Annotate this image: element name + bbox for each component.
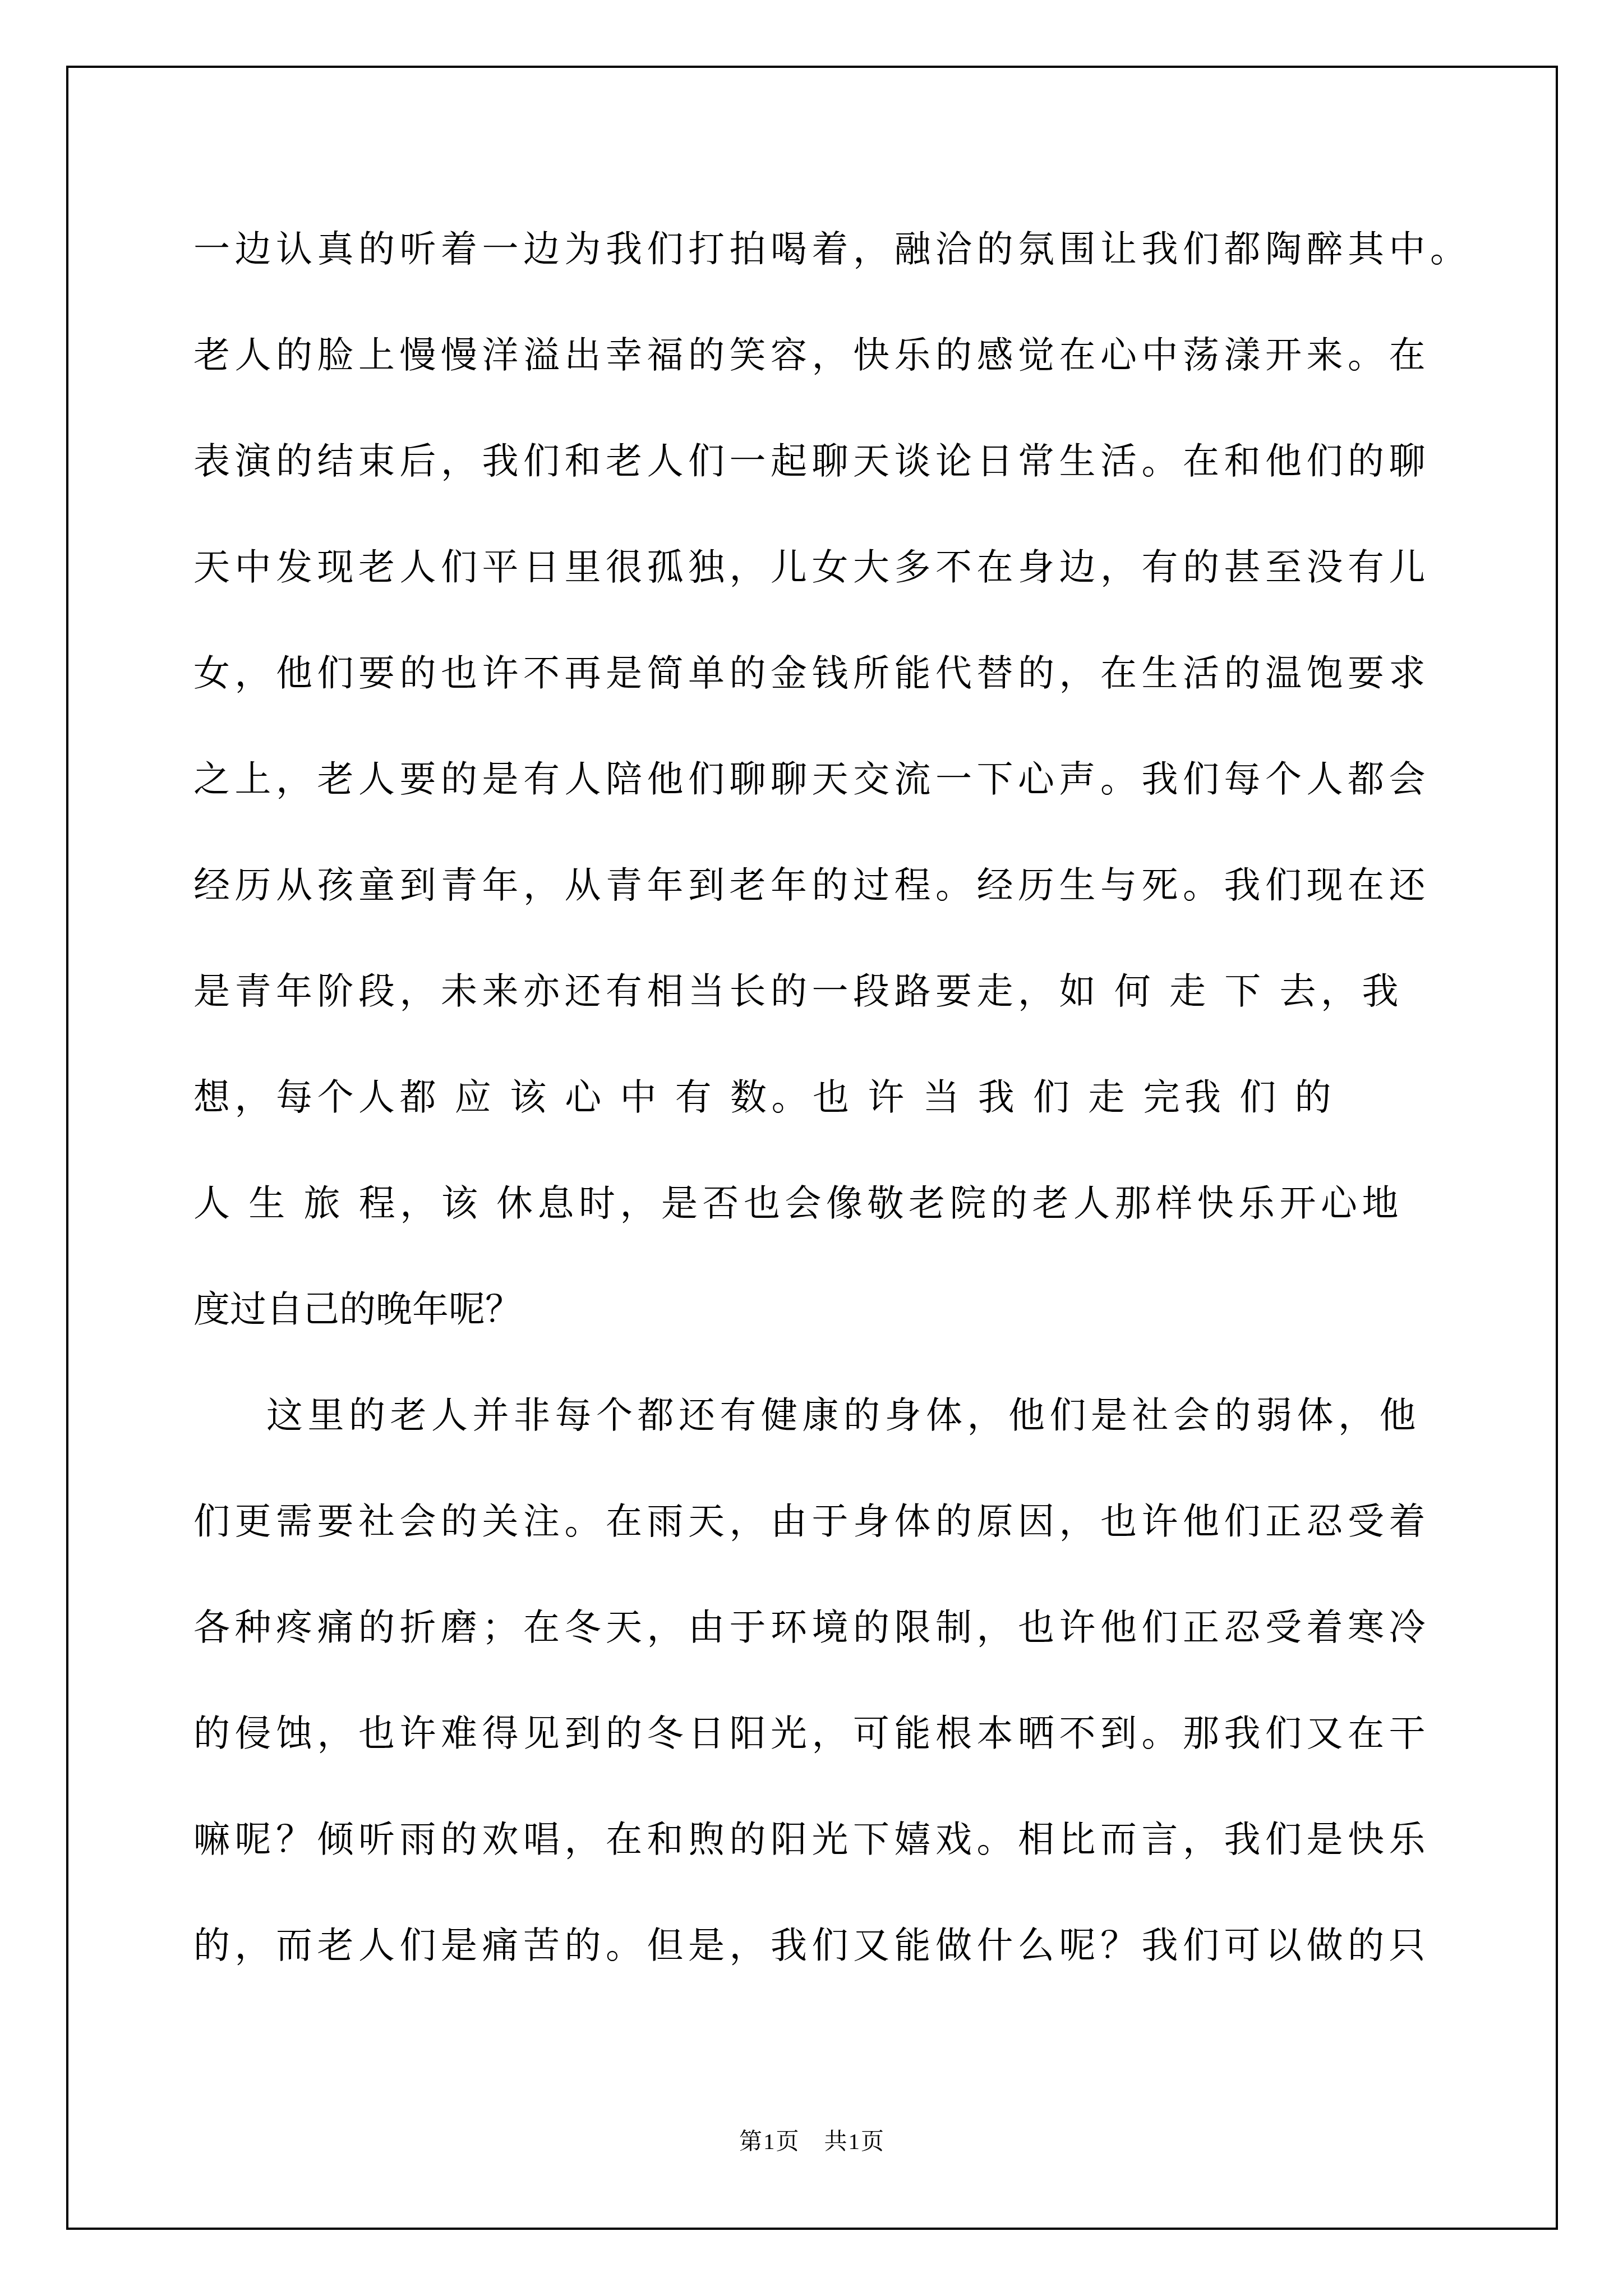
text-line: 一边认真的听着一边为我们打拍喝着，融洽的氛围让我们都陶醉其中。 [193,197,1424,303]
footer-page-number: 第1页 共1页 [739,2128,885,2154]
text-line: 的侵蚀，也许难得见到的冬日阳光，可能根本晒不到。那我们又在干 [193,1681,1424,1787]
paragraph-2: 这里的老人并非每个都还有健康的身体，他们是社会的弱体，他 们更需要社会的关注。在… [193,1363,1424,1999]
text-line: 想，每个人都 应 该 心 中 有 数。也 许 当 我 们 走 完我 们 的 [193,1045,1424,1151]
text-line: 人 生 旅 程，该 休息时，是否也会像敬老院的老人那样快乐开心地 [193,1151,1424,1257]
text-line: 表演的结束后，我们和老人们一起聊天谈论日常生活。在和他们的聊 [193,409,1424,515]
text-line: 经历从孩童到青年，从青年到老年的过程。经历生与死。我们现在还 [193,833,1424,939]
text-line: 是青年阶段，未来亦还有相当长的一段路要走，如 何 走 下 去，我 [193,939,1424,1045]
document-text: 一边认真的听着一边为我们打拍喝着，融洽的氛围让我们都陶醉其中。 老人的脸上慢慢洋… [193,197,1424,1999]
text-line: 各种疼痛的折磨；在冬天，由于环境的限制，也许他们正忍受着寒冷 [193,1575,1424,1681]
text-line: 之上，老人要的是有人陪他们聊聊天交流一下心声。我们每个人都会 [193,727,1424,833]
text-line: 度过自己的晚年呢？ [193,1257,1424,1363]
text-line: 嘛呢？倾听雨的欢唱，在和煦的阳光下嬉戏。相比而言，我们是快乐 [193,1787,1424,1893]
text-line: 女，他们要的也许不再是简单的金钱所能代替的，在生活的温饱要求 [193,621,1424,727]
text-line: 老人的脸上慢慢洋溢出幸福的笑容，快乐的感觉在心中荡漾开来。在 [193,303,1424,409]
page-footer: 第1页 共1页 [66,2122,1558,2161]
paragraph-1: 一边认真的听着一边为我们打拍喝着，融洽的氛围让我们都陶醉其中。 老人的脸上慢慢洋… [193,197,1424,1363]
text-line: 的，而老人们是痛苦的。但是，我们又能做什么呢？我们可以做的只 [193,1893,1424,1999]
page: { "document": { "language": "zh-CN", "co… [0,0,1623,2296]
text-line: 们更需要社会的关注。在雨天，由于身体的原因，也许他们正忍受着 [193,1469,1424,1575]
text-line: 这里的老人并非每个都还有健康的身体，他们是社会的弱体，他 [193,1363,1424,1469]
text-line: 天中发现老人们平日里很孤独，儿女大多不在身边，有的甚至没有儿 [193,515,1424,621]
